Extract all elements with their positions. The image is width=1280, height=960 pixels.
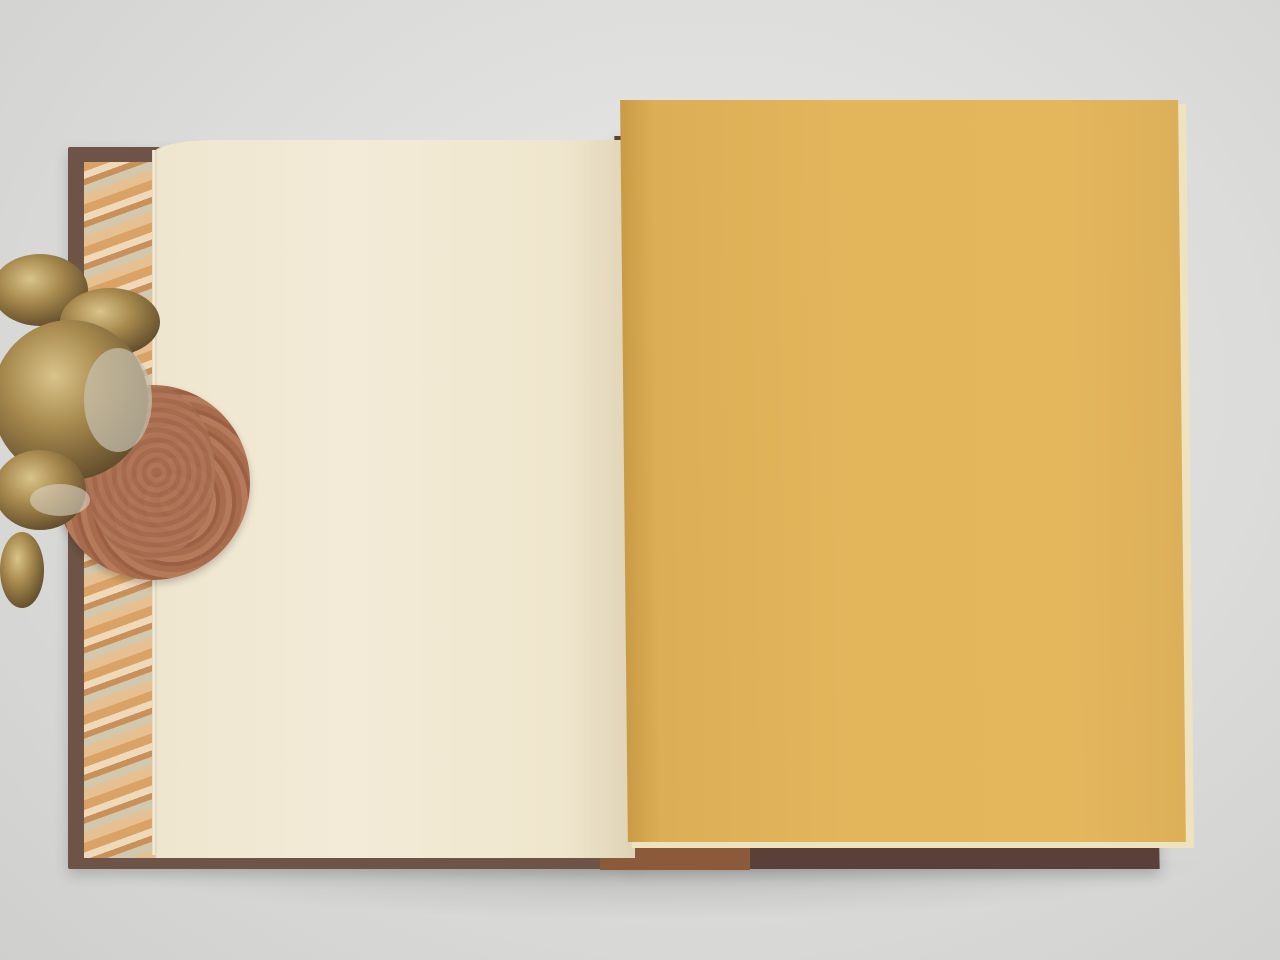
cherub-figurine-icon[interactable] [0,250,170,610]
title-page[interactable]: ❦ ❦ ❦ ❦ LOS JEFES DEL CORREO EN ESPAÑA. … [620,100,1186,842]
